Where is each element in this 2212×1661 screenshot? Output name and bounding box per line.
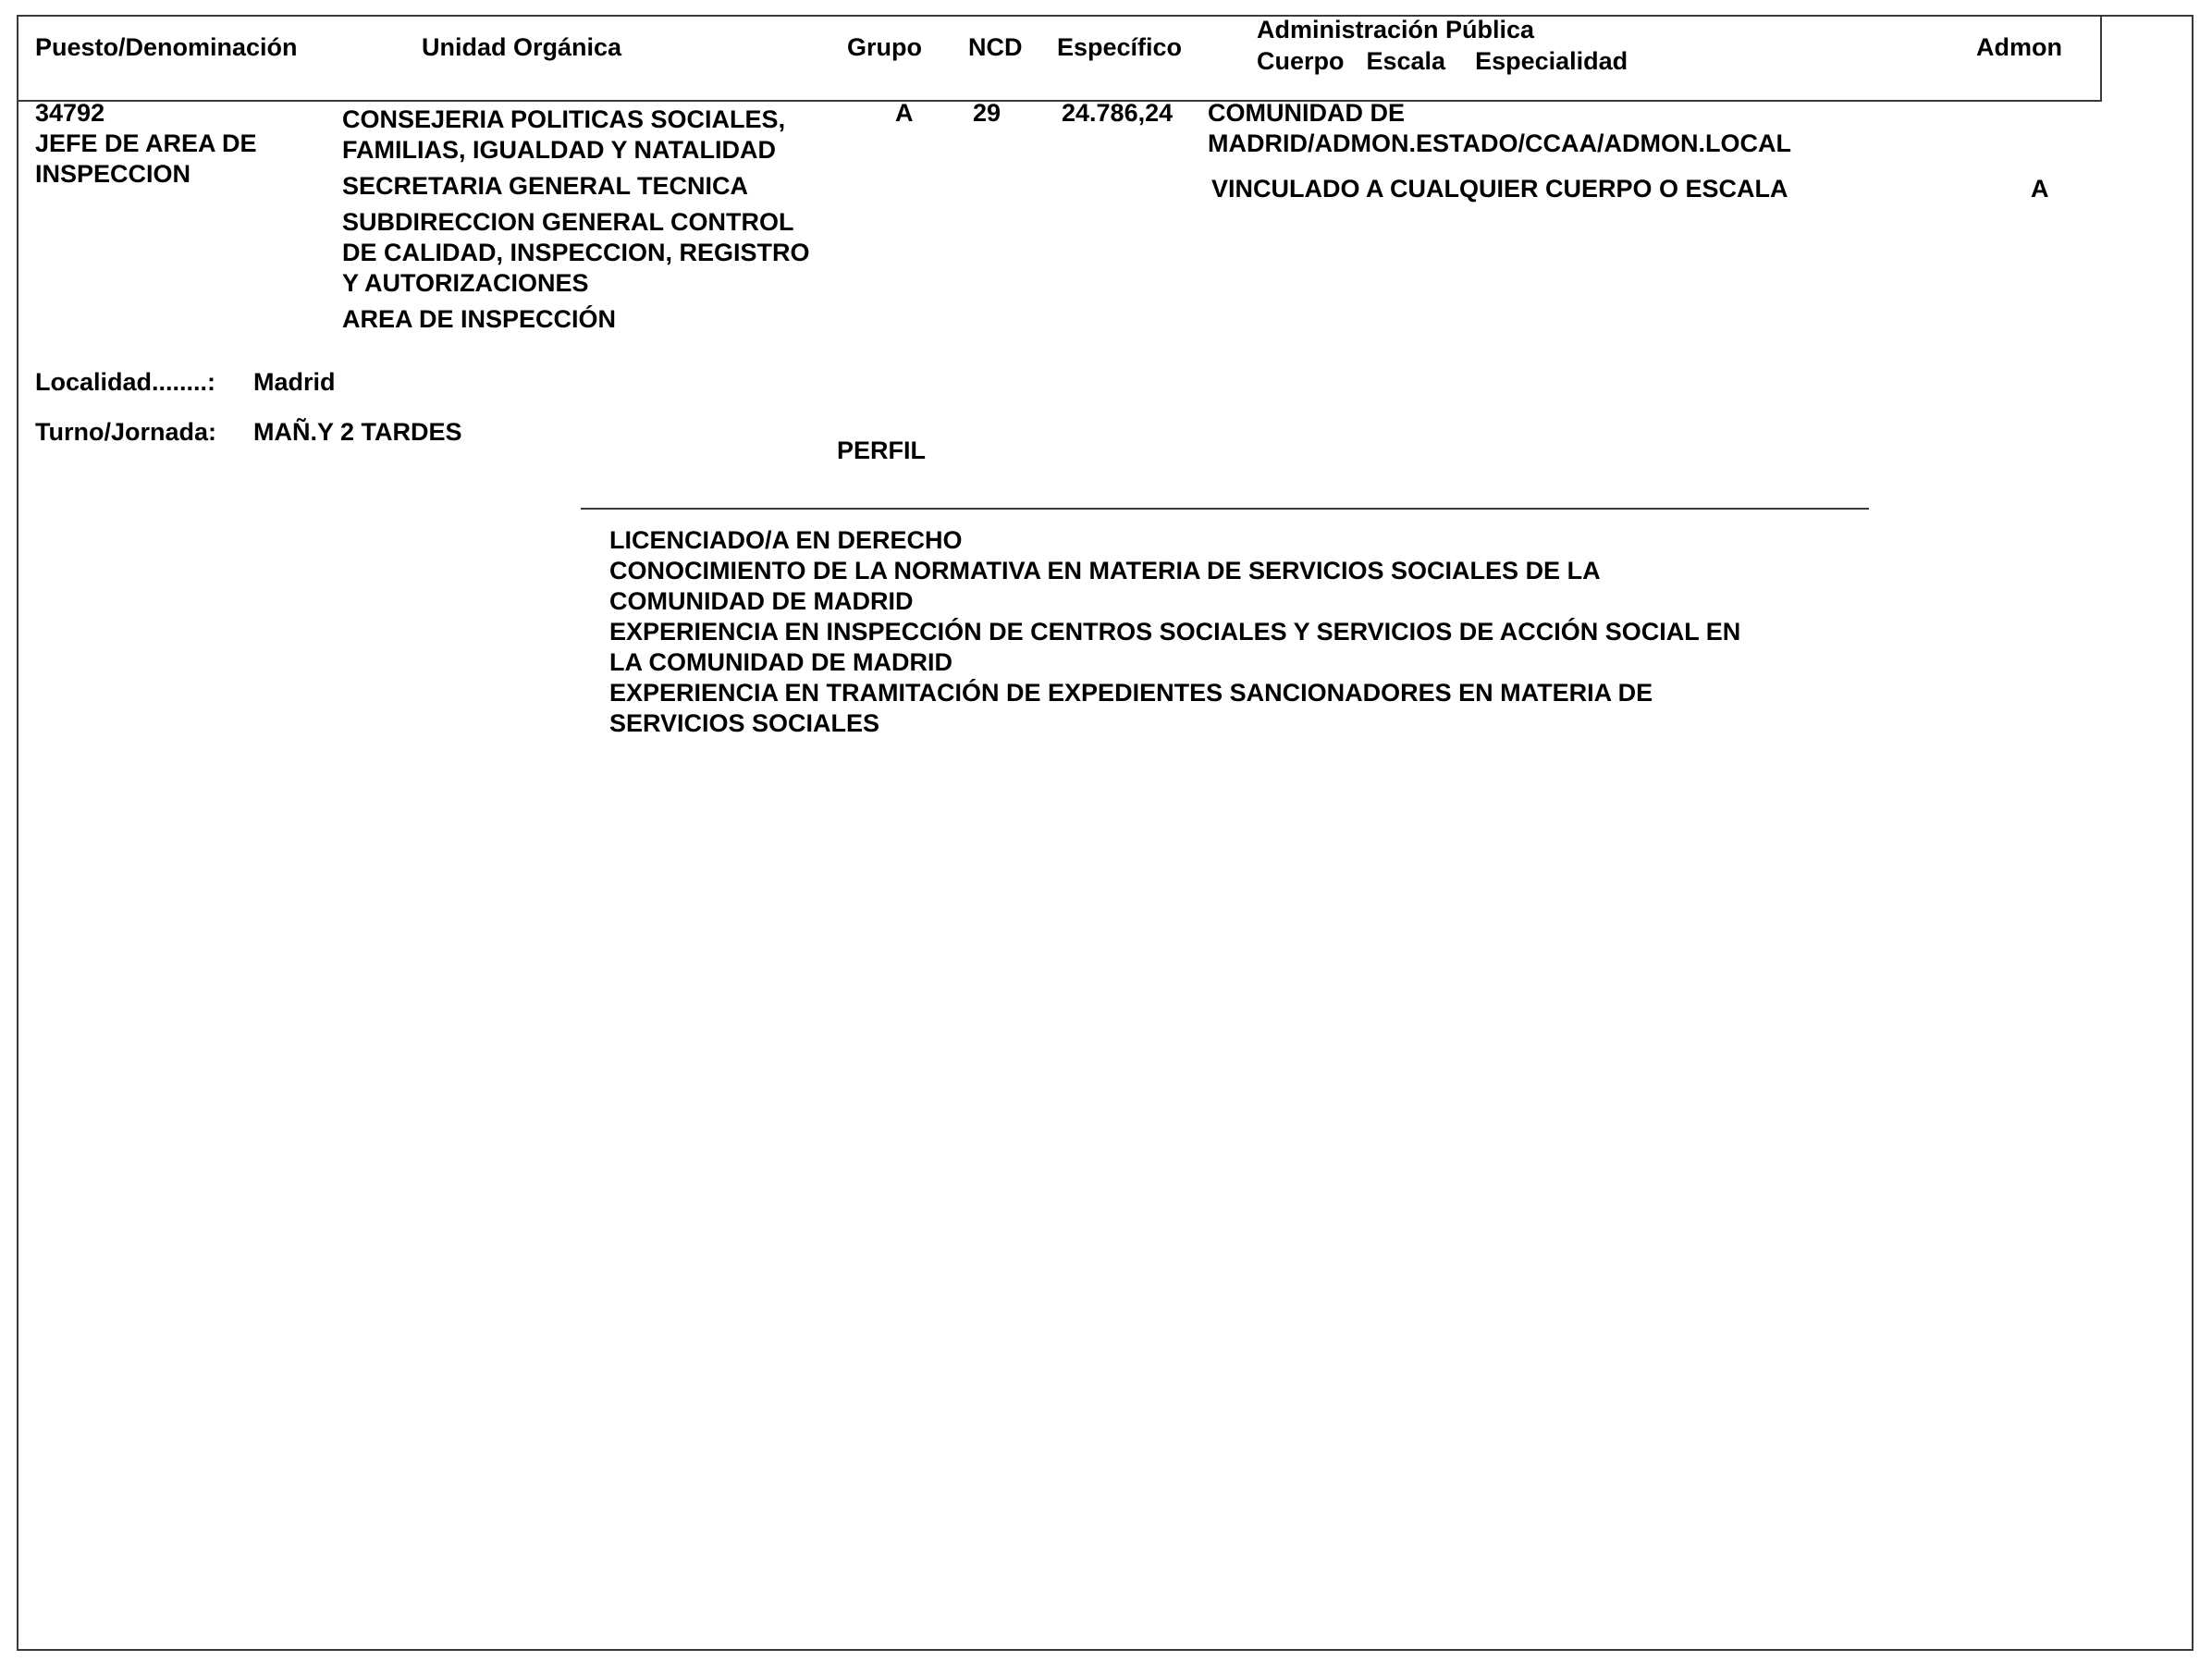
header-admon: Admon [1976,32,2062,63]
localidad-label: Localidad........: [35,367,215,398]
unidad-organica-cell: CONSEJERIA POLITICAS SOCIALES, FAMILIAS,… [342,105,810,340]
cuerpo-escala-value: VINCULADO A CUALQUIER CUERPO O ESCALA [1211,174,1788,204]
header-ncd: NCD [968,32,1023,63]
perfil-line: LA COMUNIDAD DE MADRID [609,647,1740,678]
unidad-consejeria: CONSEJERIA POLITICAS SOCIALES, FAMILIAS,… [342,105,810,166]
header-admin-publica: Administración Pública [1257,15,1534,45]
puesto-codigo: 34792 [35,98,257,129]
header-admin-subcols: CuerpoEscalaEspecialidad [1257,46,1628,77]
unidad-area: AREA DE INSPECCIÓN [342,304,810,335]
turno-value: MAÑ.Y 2 TARDES [253,417,462,448]
especifico-value: 24.786,24 [1062,98,1173,129]
unidad-line: FAMILIAS, IGUALDAD Y NATALIDAD [342,135,810,166]
perfil-line: COMUNIDAD DE MADRID [609,586,1740,617]
perfil-requirements: LICENCIADO/A EN DERECHO CONOCIMIENTO DE … [609,525,1740,739]
perfil-line: LICENCIADO/A EN DERECHO [609,525,1740,556]
puesto-denominacion-line: JEFE DE AREA DE [35,129,257,159]
grupo-value: A [895,98,914,129]
unidad-line: SECRETARIA GENERAL TECNICA [342,171,810,202]
header-especialidad: Especialidad [1475,47,1628,75]
header-unidad: Unidad Orgánica [422,32,621,63]
unidad-line: DE CALIDAD, INSPECCION, REGISTRO [342,238,810,268]
ncd-value: 29 [973,98,1001,129]
puesto-cell: 34792 JEFE DE AREA DE INSPECCION [35,98,257,190]
unidad-secretaria: SECRETARIA GENERAL TECNICA [342,171,810,202]
admin-publica-line: COMUNIDAD DE [1208,98,1791,129]
header-cuerpo: Cuerpo [1257,47,1345,75]
unidad-line: SUBDIRECCION GENERAL CONTROL [342,207,810,238]
header-especifico: Específico [1057,32,1182,63]
turno-label: Turno/Jornada: [35,417,216,448]
puesto-denominacion-line: INSPECCION [35,159,257,190]
unidad-line: CONSEJERIA POLITICAS SOCIALES, [342,105,810,135]
perfil-line: EXPERIENCIA EN TRAMITACIÓN DE EXPEDIENTE… [609,678,1740,708]
perfil-line: SERVICIOS SOCIALES [609,708,1740,739]
perfil-line: EXPERIENCIA EN INSPECCIÓN DE CENTROS SOC… [609,617,1740,647]
admin-publica-value: COMUNIDAD DE MADRID/ADMON.ESTADO/CCAA/AD… [1208,98,1791,159]
perfil-title: PERFIL [837,436,926,466]
admon-value: A [2031,174,2049,204]
admin-publica-line: MADRID/ADMON.ESTADO/CCAA/ADMON.LOCAL [1208,129,1791,159]
unidad-subdireccion: SUBDIRECCION GENERAL CONTROL DE CALIDAD,… [342,207,810,299]
header-puesto: Puesto/Denominación [35,32,298,63]
perfil-line: CONOCIMIENTO DE LA NORMATIVA EN MATERIA … [609,556,1740,586]
header-escala: Escala [1367,47,1446,75]
perfil-divider [581,508,1869,510]
unidad-line: AREA DE INSPECCIÓN [342,304,810,335]
localidad-value: Madrid [253,367,336,398]
unidad-line: Y AUTORIZACIONES [342,268,810,299]
header-grupo: Grupo [847,32,922,63]
